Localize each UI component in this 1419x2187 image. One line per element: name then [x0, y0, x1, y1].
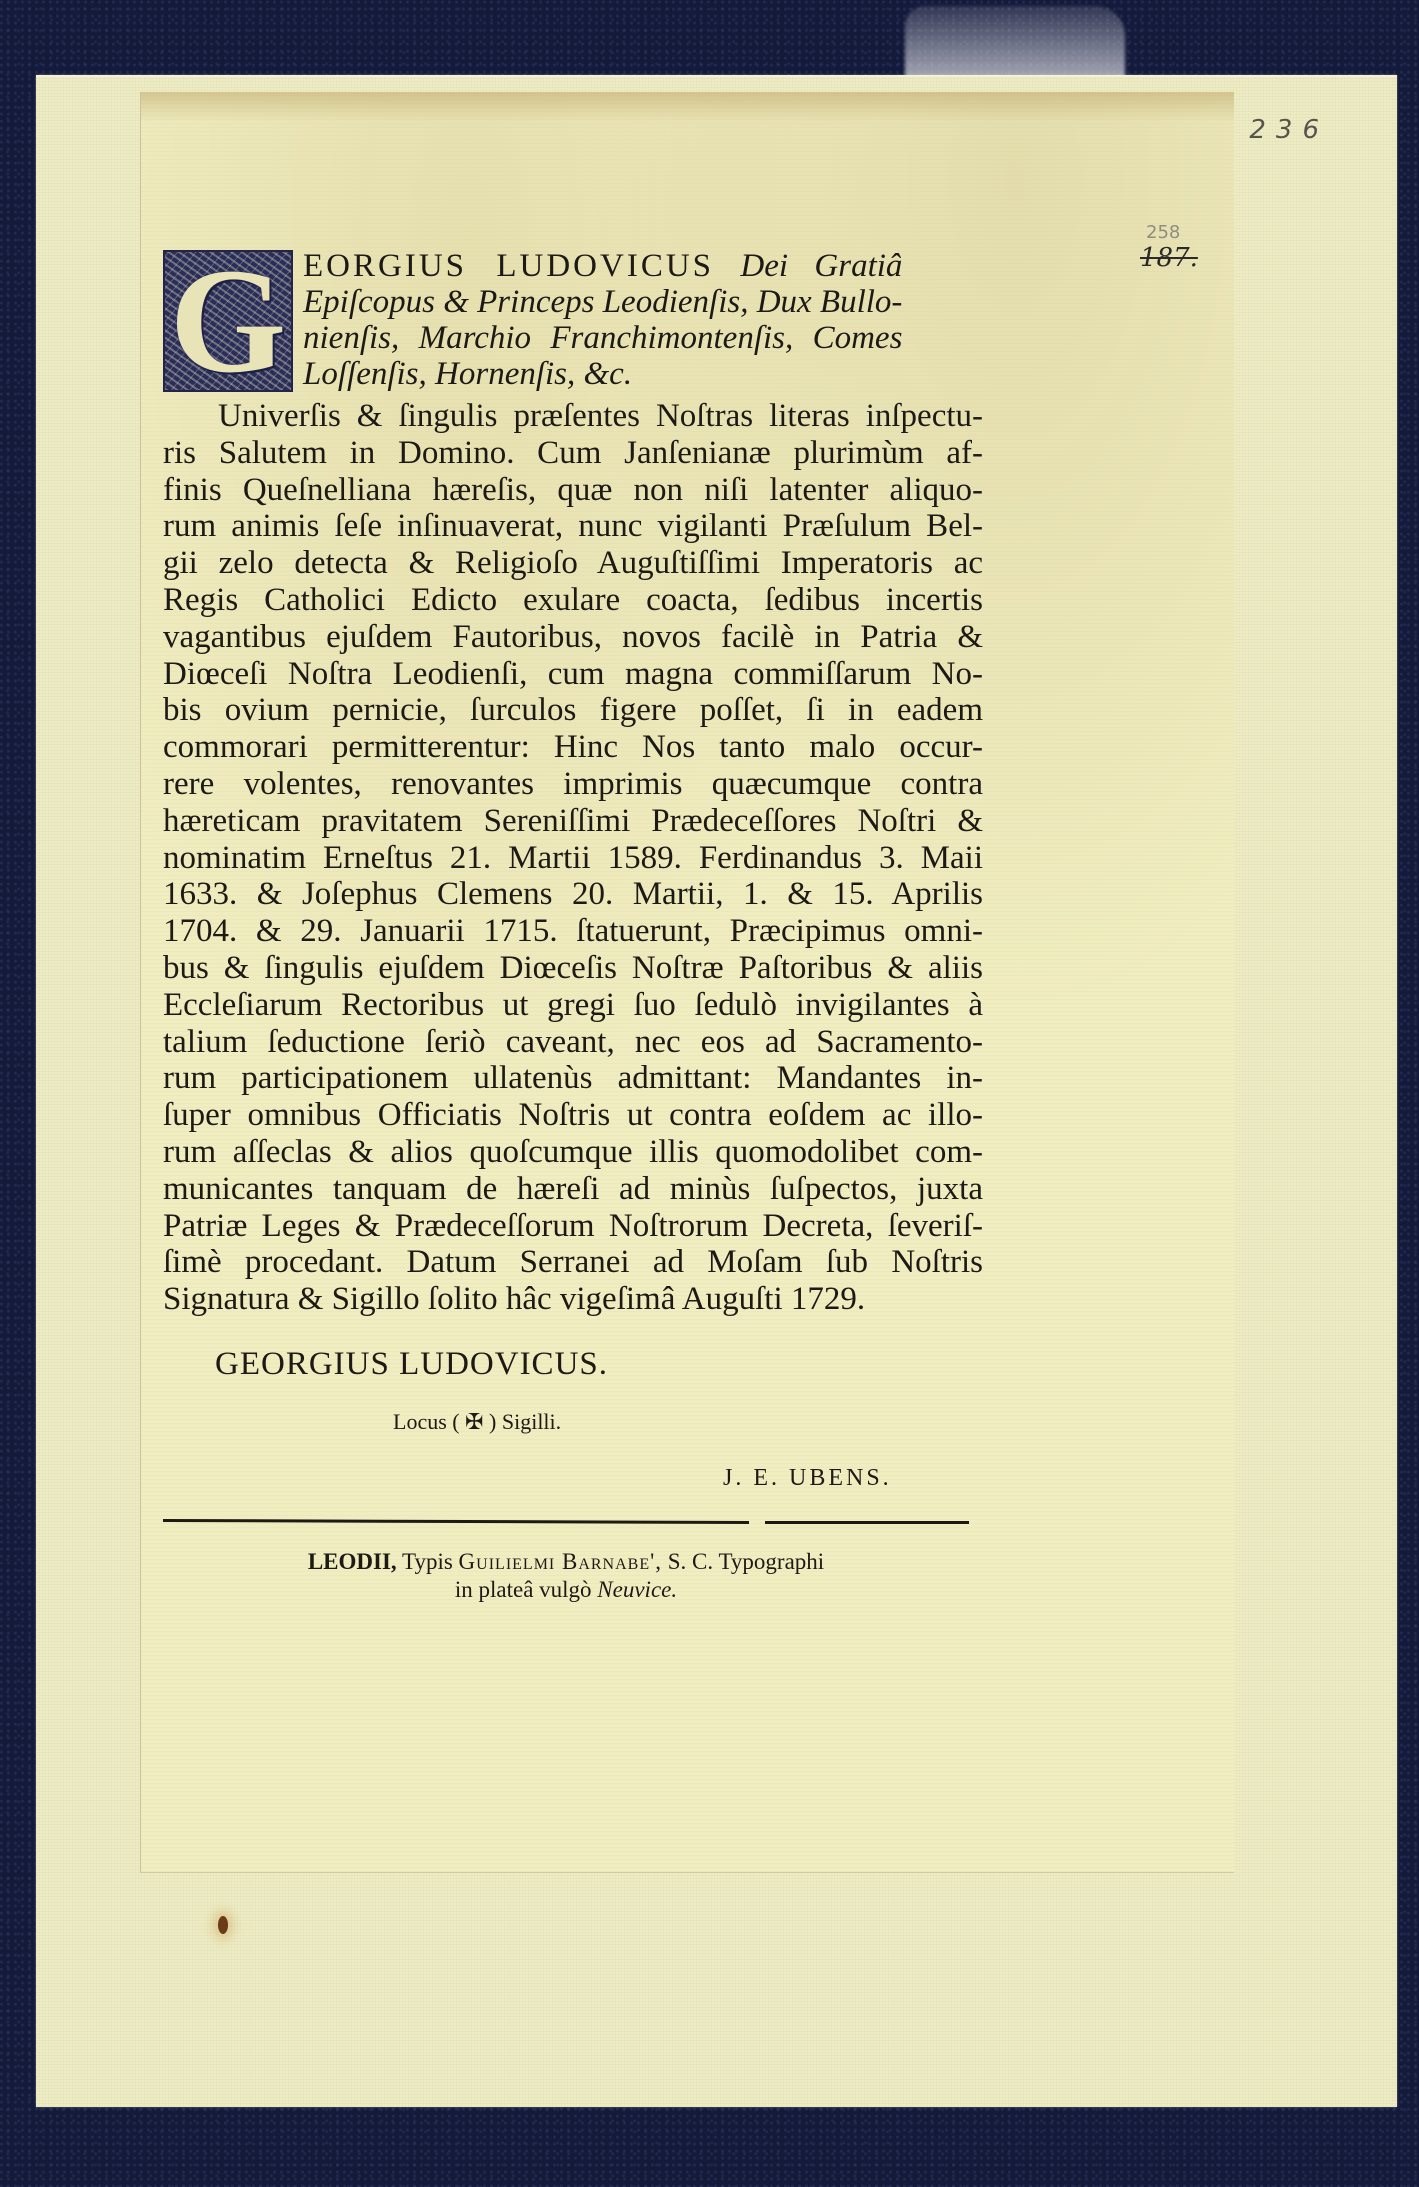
title-dei-gratia: Dei Gratiâ — [740, 248, 902, 284]
body-line: ris Salutem in Domino. Cum Janſenianæ pl… — [163, 435, 983, 472]
body-line: talium ſeductione ſeriò caveant, nec eos… — [163, 1024, 983, 1061]
archive-number: 236 — [1249, 115, 1329, 145]
body-line: 1633. & Joſephus Clemens 20. Martii, 1. … — [163, 876, 983, 913]
decorated-initial-icon: G — [163, 250, 293, 392]
water-stain — [141, 92, 1234, 122]
rule-segment-right — [765, 1521, 969, 1524]
body-line: rere volentes, renovantes imprimis quæcu… — [163, 766, 983, 803]
body-line: Signatura & Sigillo ſolito hâc vigeſimâ … — [163, 1281, 983, 1318]
body-line: 1704. & 29. Januarii 1715. ſtatuerunt, P… — [163, 913, 983, 950]
folio-numbers: 258 187. — [1114, 222, 1234, 273]
imprint-city: LEODII, — [308, 1549, 397, 1574]
body-line: finis Queſnelliana hæreſis, quæ non niſi… — [163, 472, 983, 509]
body-line: gii zelo detecta & Religioſo Auguſtiſſim… — [163, 545, 983, 582]
imprint-location: in plateâ vulgò — [455, 1577, 592, 1602]
body-line: hæreticam pravitatem Sereniſſimi Prædece… — [163, 803, 983, 840]
title-block: EORGIUS LUDOVICUS Dei Gratiâ Epiſcopus &… — [303, 248, 902, 392]
body-line: ſimè procedant. Datum Serranei ad Moſam … — [163, 1244, 983, 1281]
body-line: Regis Catholici Edicto exulare coacta, ſ… — [163, 582, 983, 619]
printer-imprint: LEODII, Typis Guilielmi Barnabe', S. C. … — [163, 1548, 969, 1604]
imprint-printer: Guilielmi Barnabe', — [459, 1549, 662, 1574]
body-line: bis ovium pernicie, ſurculos figere poſſ… — [163, 692, 983, 729]
title-name: EORGIUS LUDOVICUS — [303, 248, 714, 284]
body-line: Eccleſiarum Rectoribus ut gregi ſuo ſedu… — [163, 987, 983, 1024]
seal-place: Locus ( ✠ ) Sigilli. — [393, 1409, 983, 1435]
cross-icon: ✠ — [465, 1410, 483, 1435]
initial-letter: G — [170, 246, 287, 396]
body-line: bus & ſingulis ejuſdem Diœceſis Noſtræ P… — [163, 950, 983, 987]
body-line: vagantibus ejuſdem Fautoribus, novos fac… — [163, 619, 983, 656]
body-line: commorari permitterentur: Hinc Nos tanto… — [163, 729, 983, 766]
seal-label-after: ) Sigilli. — [489, 1409, 561, 1434]
signature: GEORGIUS LUDOVICUS. — [215, 1346, 983, 1383]
pencil-folio-number: 258 — [1146, 222, 1234, 243]
title-line-3: nienſis, Marchio Franchimontenſis, Comes — [303, 320, 902, 356]
body-paragraph: Univerſis & ſingulis præſentes Noſtras l… — [163, 398, 983, 1318]
body-line: Diœceſi Noſtra Leodienſi, cum magna comm… — [163, 656, 983, 693]
seal-label-before: Locus ( — [393, 1409, 460, 1434]
tissue-repair — [905, 6, 1125, 86]
body-line: rum animis ſeſe inſinuaverat, nunc vigil… — [163, 508, 983, 545]
heading: G EORGIUS LUDOVICUS Dei Gratiâ Epiſcopus… — [163, 248, 983, 392]
counter-signature: J. E. UBENS. — [723, 1465, 983, 1492]
imprint-title: S. C. Typographi — [668, 1549, 824, 1574]
edict-text: G EORGIUS LUDOVICUS Dei Gratiâ Epiſcopus… — [163, 248, 983, 1604]
imprint-typis: Typis — [402, 1549, 453, 1574]
divider-rule — [163, 1520, 969, 1524]
body-line: nominatim Erneſtus 21. Martii 1589. Ferd… — [163, 840, 983, 877]
title-line-2: Epiſcopus & Princeps Leodienſis, Dux Bul… — [303, 284, 902, 320]
imprint-street: Neuvice. — [597, 1577, 677, 1602]
rust-spot — [218, 1916, 228, 1934]
body-line: ſuper omnibus Officiatis Noſtris ut cont… — [163, 1097, 983, 1134]
body-line: rum aſſeclas & alios quoſcumque illis qu… — [163, 1134, 983, 1171]
struck-ink-folio-number: 187. — [1140, 243, 1234, 273]
body-line: municantes tanquam de hæreſi ad minùs ſu… — [163, 1171, 983, 1208]
body-line: Patriæ Leges & Prædeceſſorum Noſtrorum D… — [163, 1208, 983, 1245]
body-line: rum participationem ullatenùs admittant:… — [163, 1060, 983, 1097]
rule-segment-left — [163, 1519, 749, 1524]
title-line-4: Loſſenſis, Hornenſis, &c. — [303, 356, 902, 392]
body-line: Univerſis & ſingulis præſentes Noſtras l… — [163, 398, 983, 435]
